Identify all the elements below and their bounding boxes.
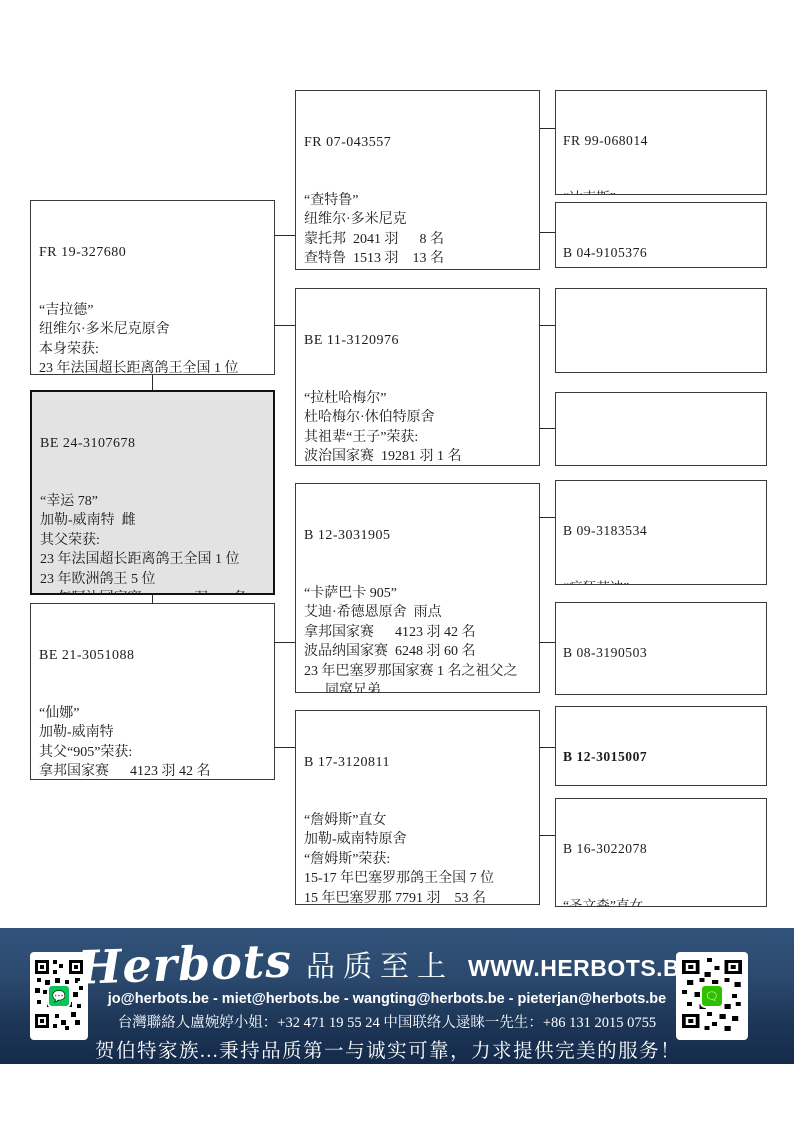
pedigree-box-text: “仙娜” 加勒-威南特 其父“905”荣获: 拿邦国家赛 4123 羽 42 名… <box>39 704 267 780</box>
line-icon: 💬 <box>47 984 71 1008</box>
quality-tagline: 品质至上 <box>306 944 454 985</box>
pedigree-box-fr-19-327680: FR 19-327680 “吉拉德” 纽维尔·多米尼克原舍 本身荣获: 23 年… <box>30 200 275 375</box>
pedigree-box-b-04-9105376: B 04-9105376 “戈林” 83 年巴塞罗那国际赛 1 名 <box>555 202 767 268</box>
ring-number: FR 99-068014 <box>563 131 761 150</box>
ring-number: BE 24-3107678 <box>40 434 266 453</box>
ring-number: FR 07-043557 <box>304 133 532 152</box>
email-addresses: jo@herbots.be - miet@herbots.be - wangti… <box>95 991 679 1007</box>
ring-number: FR 19-327680 <box>39 243 267 262</box>
connector-line <box>275 642 295 643</box>
ring-number: B 17-3120811 <box>304 753 532 772</box>
ring-number: B 04-9105376 <box>563 243 761 262</box>
pedigree-box-text: “吉拉德” 纽维尔·多米尼克原舍 本身荣获: 23 年法国超长距离鸽王全国 1 … <box>39 301 267 375</box>
connector-line <box>540 835 555 836</box>
connector-line <box>540 747 555 748</box>
pedigree-box-be-24-3107678-subject: BE 24-3107678 “幸运 78” 加勒-威南特 雌 其父荣获: 23 … <box>30 390 275 595</box>
pedigree-box-b-17-3120811: B 17-3120811 “詹姆斯”直女 加勒-威南特原舍 “詹姆斯”荣获: 1… <box>295 710 540 905</box>
connector-line <box>540 232 555 233</box>
pedigree-box-text: “幸运 78” 加勒-威南特 雌 其父荣获: 23 年法国超长距离鸽王全国 1 … <box>40 492 266 595</box>
pedigree-box-text: “卡萨巴卡 905” 艾迪·希德恩原舍 雨点 拿邦国家赛 4123 羽 42 名… <box>304 584 532 693</box>
pedigree-box-text: “达克斯” 纽维尔·多米尼克 达克斯国家赛 5 名 达克斯国际赛 19420 羽… <box>563 188 761 195</box>
pedigree-box-text: “詹姆斯”直女 加勒-威南特原舍 “詹姆斯”荣获: 15-17 年巴塞罗那鸽王全… <box>304 811 532 905</box>
wechat-qr-code: 🗨 <box>676 952 748 1040</box>
pedigree-box-empty-2 <box>555 392 767 466</box>
pedigree-page: FR 19-327680 “吉拉德” 纽维尔·多米尼克原舍 本身荣获: 23 年… <box>0 0 794 1123</box>
pedigree-box-text: “查特鲁” 纽维尔·多米尼克 蒙托邦 2041 羽 8 名 查特鲁 1513 羽… <box>304 191 532 270</box>
pedigree-box-text: “圣文森”直女 加勒-威南特原舍 “圣文森”荣获: 08 年圣文森国家赛 839… <box>563 896 761 907</box>
ring-number: B 09-3183534 <box>563 521 761 540</box>
ring-number: BE 11-3120976 <box>304 331 532 350</box>
footer-slogan: 贺伯特家族...秉持品质第一与诚实可靠，力求提供完美的服务！ <box>95 1035 679 1063</box>
ring-number: B 16-3022078 <box>563 839 761 858</box>
connector-line <box>152 595 153 603</box>
footer: 💬 Herbots 品质至上 WWW.HERBOTS.BE jo@herbots… <box>0 928 794 1064</box>
pedigree-box-be-21-3051088: BE 21-3051088 “仙娜” 加勒-威南特 其父“905”荣获: 拿邦国… <box>30 603 275 780</box>
pedigree-box-b-08-3190503: B 08-3190503 “超女” 艾迪·希德恩 10-14 年巴塞罗那 5 年… <box>555 602 767 695</box>
connector-line <box>540 428 555 429</box>
pedigree-box-fr-99-068014: FR 99-068014 “达克斯” 纽维尔·多米尼克 达克斯国家赛 5 名 达… <box>555 90 767 195</box>
connector-line <box>275 325 295 326</box>
pedigree-box-b-16-3022078: B 16-3022078 “圣文森”直女 加勒-威南特原舍 “圣文森”荣获: 0… <box>555 798 767 907</box>
website-url: WWW.HERBOTS.BE <box>468 947 696 982</box>
connector-line <box>540 128 555 129</box>
connector-line <box>275 747 295 748</box>
pedigree-box-be-11-3120976: BE 11-3120976 “拉杜哈梅尔” 杜哈梅尔·休伯特原舍 其祖辈“王子”… <box>295 288 540 466</box>
ring-number: BE 21-3051088 <box>39 646 267 665</box>
pedigree-box-b-09-3183534: B 09-3183534 “疯狂艾迪” 艾迪·希德恩 11 年巴塞罗那国家赛 1… <box>555 480 767 585</box>
pedigree-box-text: “疯狂艾迪” 艾迪·希德恩 11 年巴塞罗那国家赛 12282 羽 26 名 <box>563 578 761 585</box>
pedigree-box-b-12-3015007: B 12-3015007 “詹姆斯” 雨点 加勒-威南特原舍 15-17 年巴塞… <box>555 706 767 786</box>
ring-number: B 08-3190503 <box>563 643 761 662</box>
wechat-icon: 🗨 <box>700 984 724 1008</box>
footer-text-block: Herbots 品质至上 WWW.HERBOTS.BE jo@herbots.b… <box>95 938 679 1063</box>
qr-pattern: 💬 <box>35 956 83 1037</box>
pedigree-box-empty-1 <box>555 288 767 373</box>
contact-phone-line: 台灣聯絡人盧婉婷小姐：+32 471 19 55 24 中国联络人逯睐一先生：+… <box>95 1011 679 1032</box>
pedigree-box-fr-07-043557: FR 07-043557 “查特鲁” 纽维尔·多米尼克 蒙托邦 2041 羽 8… <box>295 90 540 270</box>
pedigree-box-text: “拉杜哈梅尔” 杜哈梅尔·休伯特原舍 其祖辈“王子”荣获: 波治国家赛 1928… <box>304 389 532 466</box>
footer-brand-row: Herbots 品质至上 WWW.HERBOTS.BE <box>95 938 679 990</box>
qr-pattern: 🗨 <box>682 956 742 1037</box>
connector-line <box>275 235 295 236</box>
ring-number: B 12-3015007 <box>563 747 761 766</box>
connector-line <box>540 325 555 326</box>
pedigree-box-b-12-3031905: B 12-3031905 “卡萨巴卡 905” 艾迪·希德恩原舍 雨点 拿邦国家… <box>295 483 540 693</box>
ring-number: B 12-3031905 <box>304 526 532 545</box>
herbots-logo: Herbots <box>77 937 292 990</box>
connector-line <box>152 375 153 390</box>
connector-line <box>540 517 555 518</box>
connector-line <box>540 642 555 643</box>
